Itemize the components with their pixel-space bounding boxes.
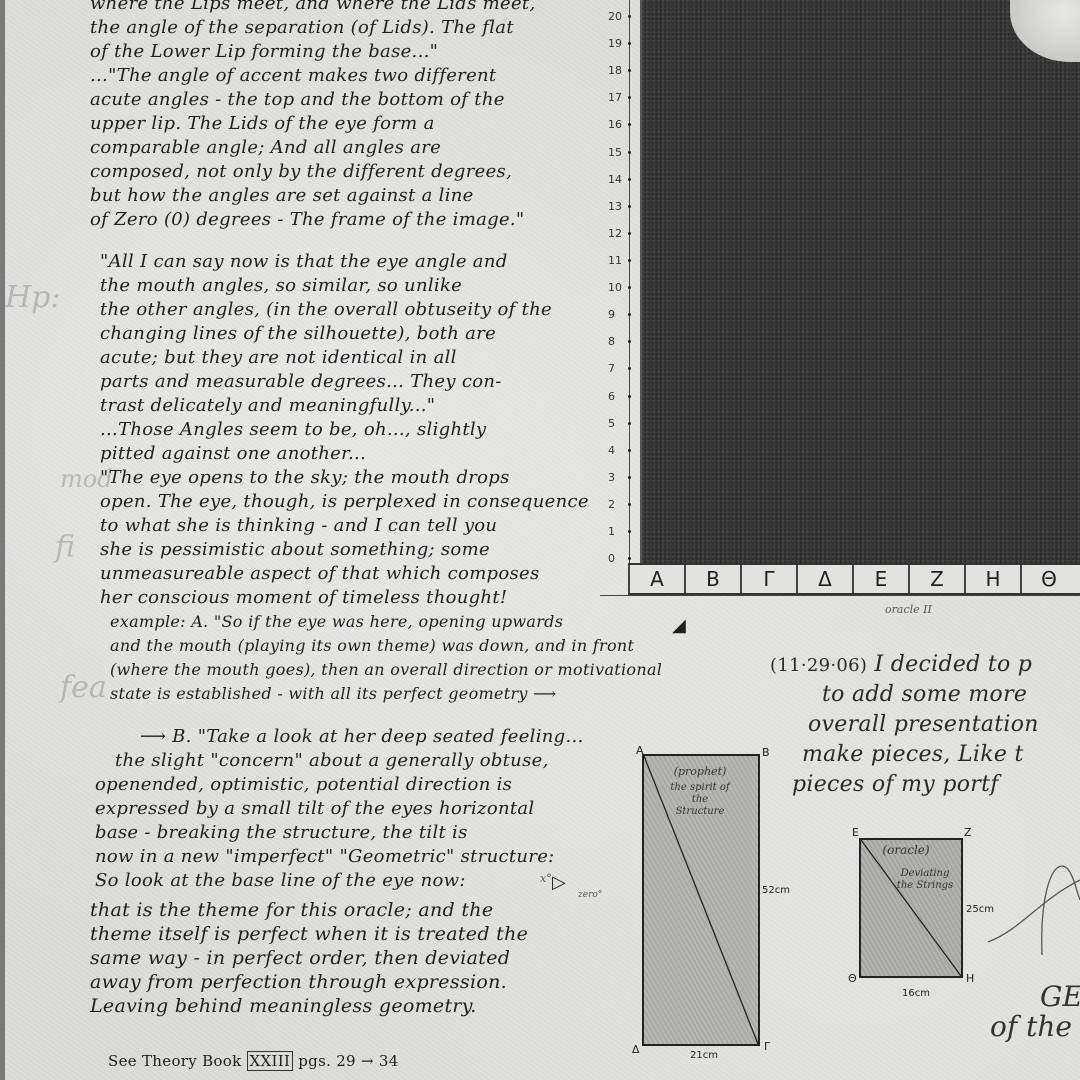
note-block-theme: that is the theme for this oracle; and t… <box>90 898 528 1018</box>
charcoal-drawing-panel <box>642 0 1080 563</box>
ruler-tick: 11 <box>608 254 638 267</box>
note-block-example-b: ⟶ B. "Take a look at her deep seated fee… <box>95 725 584 893</box>
note-line: overall presentation <box>770 710 1039 740</box>
note-line: ...Those Angles seem to be, oh..., sligh… <box>100 418 552 442</box>
note-line: ⟶ B. "Take a look at her deep seated fee… <box>95 725 584 749</box>
note-line: "The eye opens to the sky; the mouth dro… <box>100 466 589 490</box>
note-line: theme itself is perfect when it is treat… <box>90 922 528 946</box>
ruler-tick: 10 <box>608 281 638 294</box>
prophet-title: (prophet) <box>660 766 740 778</box>
greek-letter-strip: A B Γ Δ E Z H Θ <box>628 563 1080 595</box>
ruler-tick: 13 <box>608 200 638 213</box>
ruler-tick: 1 <box>608 525 638 538</box>
note-line: expressed by a small tilt of the eyes ho… <box>95 797 584 821</box>
note-line: base - breaking the structure, the tilt … <box>95 821 584 845</box>
corner-label: Δ <box>632 1043 640 1056</box>
ruler-tick: 19 <box>608 37 638 50</box>
note-line: she is pessimistic about something; some <box>100 538 589 562</box>
reference-pages: pgs. 29 → 34 <box>298 1052 398 1070</box>
ruler-tick: 16 <box>608 118 638 131</box>
geo-partial-text: GE <box>1040 980 1080 1013</box>
ruler-tick: 18 <box>608 64 638 77</box>
zero-label: zero° <box>578 890 602 900</box>
ruler-tick: 7 <box>608 362 638 375</box>
note-line: acute angles - the top and the bottom of… <box>90 88 536 112</box>
note-line: away from perfection through expression. <box>90 970 528 994</box>
note-block-angles: where the Lips meet, and where the Lids … <box>90 0 536 232</box>
corner-label: B <box>762 746 770 759</box>
prophet-width-label: 21cm <box>690 1050 718 1061</box>
note-line: the angle of the separation (of Lids). T… <box>90 16 536 40</box>
strip-underline <box>600 595 1080 596</box>
note-line: now in a new "imperfect" "Geometric" str… <box>95 845 584 869</box>
greek-letter-cell: Z <box>908 565 964 593</box>
note-line: and the mouth (playing its own theme) wa… <box>110 634 662 658</box>
theory-book-reference: See Theory Book XXIII pgs. 29 → 34 <box>108 1052 399 1070</box>
note-line: but how the angles are set against a lin… <box>90 184 536 208</box>
note-line: unmeasureable aspect of that which compo… <box>100 562 589 586</box>
ruler-tick: 20 <box>608 10 638 23</box>
paper-edge-shadow <box>0 0 5 1080</box>
corner-label: H <box>966 972 974 985</box>
note-block-eye-mouth: "All I can say now is that the eye angle… <box>100 250 552 466</box>
greek-letter-cell: Γ <box>740 565 796 593</box>
note-line: open. The eye, though, is perplexed in c… <box>100 490 589 514</box>
note-line: pieces of my portf <box>770 770 1039 800</box>
note-line: Leaving behind meaningless geometry. <box>90 994 528 1018</box>
reference-prefix: See Theory Book <box>108 1052 241 1070</box>
ruler-tick: 9 <box>608 308 638 321</box>
eye-angle-sketch-icon: ◢ <box>672 615 686 636</box>
reference-book-number: XXIII <box>247 1051 294 1071</box>
note-line: the slight "concern" about a generally o… <box>95 749 584 773</box>
ruler-tick: 15 <box>608 146 638 159</box>
ruler-tick: 14 <box>608 173 638 186</box>
greek-letter-cell: B <box>684 565 740 593</box>
ruler-tick: 5 <box>608 417 638 430</box>
note-line: example: A. "So if the eye was here, ope… <box>110 610 662 634</box>
of-the-partial-text: of the <box>990 1010 1072 1043</box>
note-line: make pieces, Like t <box>770 740 1039 770</box>
corner-label: Z <box>964 826 972 839</box>
greek-letter-cell: E <box>852 565 908 593</box>
corner-label: E <box>852 826 859 839</box>
margin-ghost-note: fi <box>55 530 75 565</box>
note-line: the mouth angles, so similar, so unlike <box>100 274 552 298</box>
note-line: state is established - with all its perf… <box>110 682 662 706</box>
oracle-title: (oracle) <box>866 844 946 856</box>
prophet-height-label: 52cm <box>762 885 790 896</box>
greek-letter-cell: Δ <box>796 565 852 593</box>
note-line: trast delicately and meaningfully..." <box>100 394 552 418</box>
tilted-eye-sketch-icon: ▷ <box>552 872 566 893</box>
note-line: to what she is thinking - and I can tell… <box>100 514 589 538</box>
ruler-tick: 4 <box>608 444 638 457</box>
greek-letter-cell: Θ <box>1020 565 1076 593</box>
note-line: ..."The angle of accent makes two differ… <box>90 64 536 88</box>
ruler-tick: 8 <box>608 335 638 348</box>
note-line: that is the theme for this oracle; and t… <box>90 898 528 922</box>
note-block-dated: (11·29·06) I decided to p to add some mo… <box>770 650 1039 800</box>
note-line: comparable angle; And all angles are <box>90 136 536 160</box>
note-line: So look at the base line of the eye now: <box>95 869 584 893</box>
greek-letter-cell: H <box>964 565 1020 593</box>
note-line: (where the mouth goes), then an overall … <box>110 658 662 682</box>
strip-note: oracle II <box>885 603 932 616</box>
prophet-caption: the spirit of the Structure <box>670 782 730 818</box>
ruler-tick: 12 <box>608 227 638 240</box>
note-line: (11·29·06) I decided to p <box>770 650 1039 680</box>
ruler-tick: 6 <box>608 390 638 403</box>
oracle-height-label: 25cm <box>966 904 994 915</box>
greek-letter-cell: A <box>628 565 684 593</box>
note-line-text: I decided to p <box>875 652 1033 677</box>
note-line: upper lip. The Lids of the eye form a <box>90 112 536 136</box>
note-block-example-a: example: A. "So if the eye was here, ope… <box>110 610 662 706</box>
angle-label: x° <box>540 872 552 885</box>
note-line: her conscious moment of timeless thought… <box>100 586 589 610</box>
note-line: where the Lips meet, and where the Lids … <box>90 0 536 16</box>
margin-ghost-note: fea <box>60 670 107 705</box>
note-line: changing lines of the silhouette), both … <box>100 322 552 346</box>
corner-label: A <box>636 744 644 757</box>
note-line: the other angles, (in the overall obtuse… <box>100 298 552 322</box>
ruler-tick: 2 <box>608 498 638 511</box>
note-line: pitted against one another... <box>100 442 552 466</box>
panel-border-line <box>640 0 642 565</box>
note-line: composed, not only by the different degr… <box>90 160 536 184</box>
oracle-rectangle-diagram <box>859 838 963 978</box>
note-line: of Zero (0) degrees - The frame of the i… <box>90 208 536 232</box>
note-line: parts and measurable degrees... They con… <box>100 370 552 394</box>
note-line: of the Lower Lip forming the base..." <box>90 40 536 64</box>
corner-label: Γ <box>764 1040 770 1053</box>
ruler-tick: 3 <box>608 471 638 484</box>
note-block-sky: "The eye opens to the sky; the mouth dro… <box>100 466 589 610</box>
note-line: to add some more <box>770 680 1039 710</box>
note-line: acute; but they are not identical in all <box>100 346 552 370</box>
oracle-caption: Deviating the Strings <box>895 868 955 892</box>
oracle-width-label: 16cm <box>902 988 930 999</box>
note-line: openended, optimistic, potential directi… <box>95 773 584 797</box>
note-date: (11·29·06) <box>770 655 867 676</box>
ruler-tick: 17 <box>608 91 638 104</box>
note-line: same way - in perfect order, then deviat… <box>90 946 528 970</box>
corner-label: Θ <box>848 972 857 985</box>
margin-ghost-note: Hp: <box>5 280 60 315</box>
note-line: "All I can say now is that the eye angle… <box>100 250 552 274</box>
